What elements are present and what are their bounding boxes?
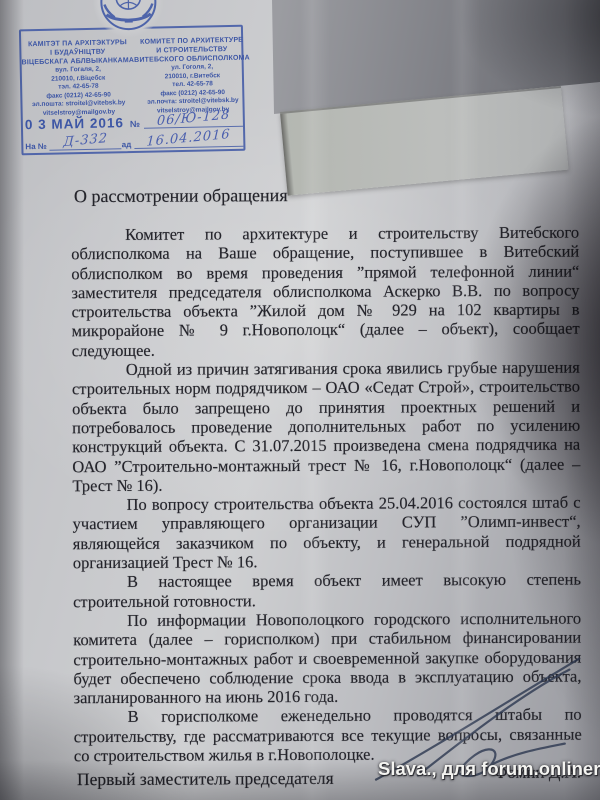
paragraph: По вопросу строительства объекта 25.04.2… (72, 493, 580, 573)
signer-title: Первый заместитель председателя (77, 768, 334, 790)
paragraph: В настоящее время объект имеет высокую с… (73, 570, 581, 611)
paragraph: Одной из причин затягивания срока явилис… (72, 358, 581, 496)
watermark: Slava., для forum.onliner.by (378, 758, 600, 780)
document-page: КАМІТЭТ ПА АРХІТЭКТУРЫ І БУДАЎНІЦТВУ ВІЦ… (0, 0, 600, 800)
letter-subject: О рассмотрении обращения (74, 185, 288, 207)
photo-of-document: КАМІТЭТ ПА АРХІТЭКТУРЫ І БУДАЎНІЦТВУ ВІЦ… (0, 0, 600, 800)
paragraph: Комитет по архитектуре и строительству В… (71, 223, 580, 361)
letter-content: О рассмотрении обращения Комитет по архи… (0, 0, 600, 800)
